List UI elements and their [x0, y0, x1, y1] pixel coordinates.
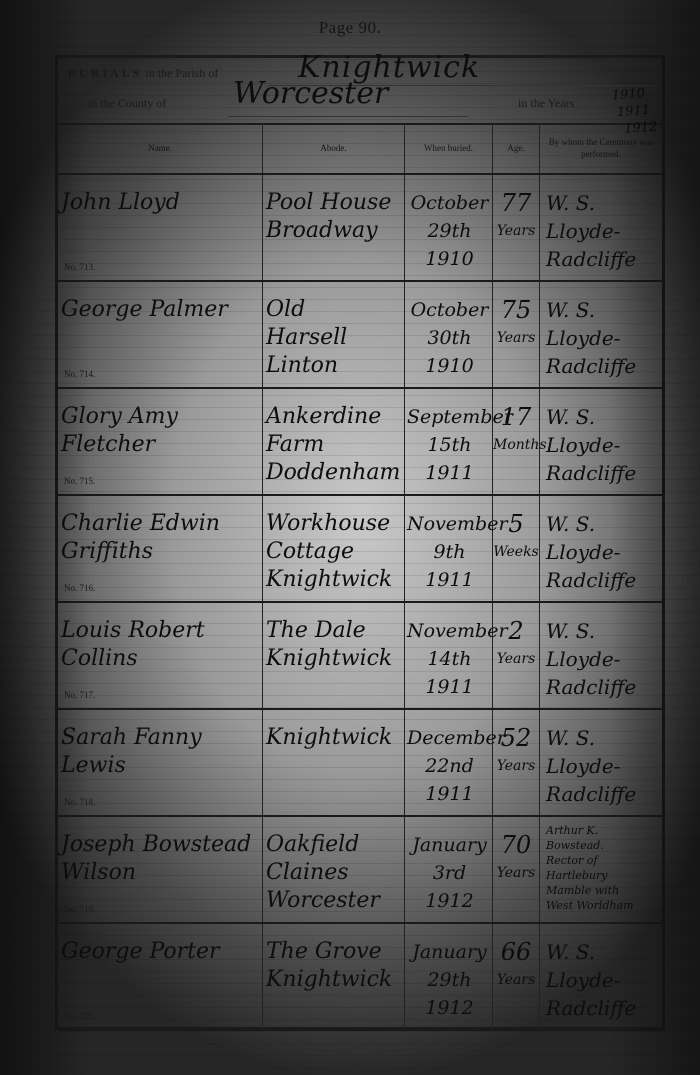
entry-officiant: W. S. Lloyde- Radcliffe [546, 403, 662, 487]
page-number: Page 90. [0, 18, 700, 38]
entry-age: 75Years [493, 296, 539, 352]
entry-age: 70Years [493, 831, 539, 887]
entry-officiant-cell: W. S. Lloyde- Radcliffe [540, 496, 662, 601]
county-name: Worcester [233, 76, 388, 111]
register-entry: Glory Amy Fletcher No. 715. Ankerdine Fa… [58, 389, 662, 496]
register-entry: John Lloyd No. 713. Pool House Broadway … [58, 175, 662, 282]
register-entry: Charlie Edwin Griffiths No. 716. Workhou… [58, 496, 662, 603]
header-name: Name. [58, 123, 263, 173]
entry-name: George Palmer [61, 296, 262, 324]
entry-officiant-cell: W. S. Lloyde- Radcliffe [540, 710, 662, 815]
entry-name: John Lloyd [61, 189, 262, 217]
register-entry: Louis Robert Collins No. 717. The Dale K… [58, 603, 662, 710]
entry-name-cell: George Palmer No. 714. [58, 282, 263, 387]
entry-when-buried: October 29th 1910 [407, 189, 492, 273]
entry-officiant: W. S. Lloyde- Radcliffe [546, 724, 662, 808]
entry-name-cell: Glory Amy Fletcher No. 715. [58, 389, 263, 494]
burials-title: BURIALS [68, 66, 142, 80]
entry-abode: Oakfield Claines Worcester [266, 831, 404, 915]
entry-when-buried: November 14th 1911 [407, 617, 492, 701]
header-officiant: By whom the Ceremony was performed. [540, 123, 662, 173]
entry-officiant-cell: W. S. Lloyde- Radcliffe [540, 282, 662, 387]
entry-name: Glory Amy Fletcher [61, 403, 262, 459]
entry-officiant: W. S. Lloyde- Radcliffe [546, 510, 662, 594]
entry-age: 52Years [493, 724, 539, 780]
entry-number: No. 717. [64, 690, 95, 700]
entry-abode-cell: Pool House Broadway [263, 175, 405, 280]
register-entries: John Lloyd No. 713. Pool House Broadway … [58, 175, 662, 1027]
entry-age: 5Weeks [493, 510, 539, 566]
entry-age-cell: 52Years [493, 710, 540, 815]
county-underline [228, 116, 468, 117]
entry-officiant: W. S. Lloyde- Radcliffe [546, 296, 662, 380]
entry-abode-cell: Knightwick [263, 710, 405, 815]
entry-when-buried: January 3rd 1912 [407, 831, 492, 915]
entry-number: No. 718. [64, 797, 95, 807]
entry-age-cell: 66Years [493, 924, 540, 1029]
entry-abode-cell: Old Harsell Linton [263, 282, 405, 387]
entry-abode: The Grove Knightwick [266, 938, 404, 994]
entry-officiant-cell: Arthur K. Bowstead. Rector of Hartlebury… [540, 817, 662, 922]
entry-age: 2Years [493, 617, 539, 673]
entry-number: No. 719. [64, 904, 95, 914]
entry-name-cell: Sarah Fanny Lewis No. 718. [58, 710, 263, 815]
entry-when-buried: December 22nd 1911 [407, 724, 492, 808]
entry-abode-cell: Oakfield Claines Worcester [263, 817, 405, 922]
entry-when-buried-cell: October 30th 1910 [405, 282, 493, 387]
entry-when-buried: October 30th 1910 [407, 296, 492, 380]
entry-number: No. 715. [64, 476, 95, 486]
entry-number: No. 720. [64, 1011, 95, 1021]
header-age: Age. [493, 123, 540, 173]
entry-name: George Porter [61, 938, 262, 966]
entry-when-buried: November 9th 1911 [407, 510, 492, 594]
entry-name: Joseph Bowstead Wilson [61, 831, 262, 887]
register-entry: Joseph Bowstead Wilson No. 719. Oakfield… [58, 817, 662, 924]
entry-abode: The Dale Knightwick [266, 617, 404, 673]
entry-abode-cell: The Dale Knightwick [263, 603, 405, 708]
column-headers: Name. Abode. When buried. Age. By whom t… [58, 123, 662, 175]
entry-officiant: W. S. Lloyde- Radcliffe [546, 617, 662, 701]
entry-age: 66Years [493, 938, 539, 994]
register-entry: George Palmer No. 714. Old Harsell Linto… [58, 282, 662, 389]
entry-name-cell: Charlie Edwin Griffiths No. 716. [58, 496, 263, 601]
entry-abode-cell: The Grove Knightwick [263, 924, 405, 1029]
entry-number: No. 713. [64, 262, 95, 272]
entry-officiant-cell: W. S. Lloyde- Radcliffe [540, 603, 662, 708]
entry-name: Sarah Fanny Lewis [61, 724, 262, 780]
entry-when-buried-cell: December 22nd 1911 [405, 710, 493, 815]
entry-officiant-cell: W. S. Lloyde- Radcliffe [540, 924, 662, 1029]
entry-age-cell: 17Months [493, 389, 540, 494]
entry-age-cell: 77Years [493, 175, 540, 280]
register-entry: George Porter No. 720. The Grove Knightw… [58, 924, 662, 1031]
entry-abode-cell: Ankerdine Farm Doddenham [263, 389, 405, 494]
years-label: in the Years [518, 96, 574, 111]
entry-officiant-cell: W. S. Lloyde- Radcliffe [540, 175, 662, 280]
entry-age-cell: 2Years [493, 603, 540, 708]
entry-abode: Ankerdine Farm Doddenham [266, 403, 404, 487]
entry-when-buried: September 15th 1911 [407, 403, 492, 487]
entry-when-buried-cell: November 14th 1911 [405, 603, 493, 708]
entry-age: 77Years [493, 189, 539, 245]
header-when-buried: When buried. [405, 123, 493, 173]
header-abode: Abode. [263, 123, 405, 173]
entry-when-buried-cell: January 29th 1912 [405, 924, 493, 1029]
entry-when-buried-cell: September 15th 1911 [405, 389, 493, 494]
register-entry: Sarah Fanny Lewis No. 718. Knightwick De… [58, 710, 662, 817]
entry-when-buried-cell: October 29th 1910 [405, 175, 493, 280]
entry-when-buried: January 29th 1912 [407, 938, 492, 1022]
entry-when-buried-cell: November 9th 1911 [405, 496, 493, 601]
entry-name-cell: John Lloyd No. 713. [58, 175, 263, 280]
entry-when-buried-cell: January 3rd 1912 [405, 817, 493, 922]
parish-prefix: in the Parish of [145, 66, 218, 80]
entry-name-cell: Louis Robert Collins No. 717. [58, 603, 263, 708]
entry-age-cell: 70Years [493, 817, 540, 922]
entry-abode: Old Harsell Linton [266, 296, 404, 380]
burial-register-table: BURIALS in the Parish of Knightwick in t… [55, 55, 665, 1030]
entry-abode: Workhouse Cottage Knightwick [266, 510, 404, 594]
entry-number: No. 714. [64, 369, 95, 379]
entry-officiant-cell: W. S. Lloyde- Radcliffe [540, 389, 662, 494]
county-prefix: in the County of [88, 96, 166, 111]
entry-age-cell: 5Weeks [493, 496, 540, 601]
entry-abode: Pool House Broadway [266, 189, 404, 245]
register-heading: BURIALS in the Parish of Knightwick in t… [58, 58, 662, 125]
entry-abode-cell: Workhouse Cottage Knightwick [263, 496, 405, 601]
entry-abode: Knightwick [266, 724, 404, 752]
entry-name: Louis Robert Collins [61, 617, 262, 673]
entry-number: No. 716. [64, 583, 95, 593]
entry-age-cell: 75Years [493, 282, 540, 387]
entry-officiant: Arthur K. Bowstead. Rector of Hartlebury… [546, 823, 662, 913]
entry-officiant: W. S. Lloyde- Radcliffe [546, 189, 662, 273]
entry-officiant: W. S. Lloyde- Radcliffe [546, 938, 662, 1022]
entry-name-cell: Joseph Bowstead Wilson No. 719. [58, 817, 263, 922]
entry-name: Charlie Edwin Griffiths [61, 510, 262, 566]
entry-name-cell: George Porter No. 720. [58, 924, 263, 1029]
entry-age: 17Months [493, 403, 539, 459]
